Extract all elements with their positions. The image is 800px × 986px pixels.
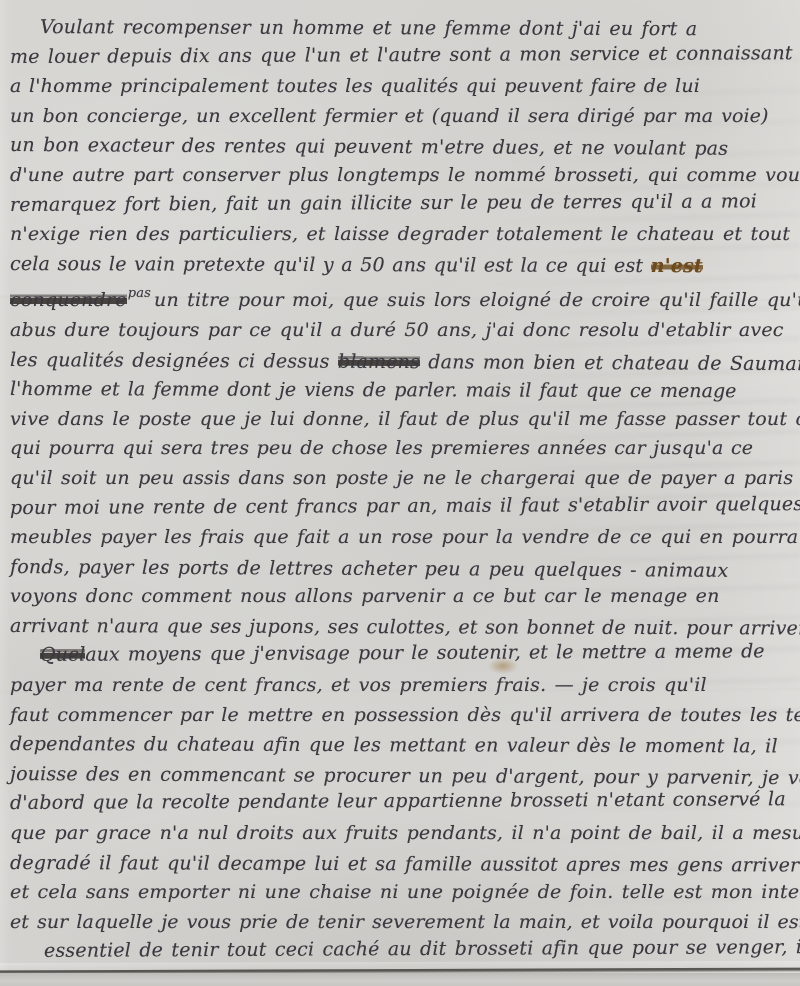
manuscript-line: dependantes du chateau afin que les mett… bbox=[10, 730, 788, 762]
handwritten-text: un bon concierge, un excellent fermier e… bbox=[10, 105, 768, 127]
correction-struck-word: n'est bbox=[651, 252, 703, 282]
handwritten-text: a l'homme principalement toutes les qual… bbox=[10, 75, 700, 97]
manuscript-line: fonds, payer les ports de lettres achete… bbox=[10, 553, 788, 587]
handwritten-text: arrivant n'aura que ses jupons, ses culo… bbox=[10, 615, 800, 640]
manuscript-line: me louer depuis dix ans que l'un et l'au… bbox=[10, 39, 788, 72]
handwritten-text: essentiel de tenir tout ceci caché au di… bbox=[44, 937, 800, 963]
handwritten-text: vive dans le poste que je lui donne, il … bbox=[10, 408, 800, 430]
scanner-background bbox=[0, 973, 800, 986]
manuscript-line: Quelaux moyens que j'envisage pour le so… bbox=[10, 638, 788, 671]
handwritten-text: cela sous le vain pretexte qu'il y a 50 … bbox=[10, 253, 651, 277]
inserted-word: pas bbox=[128, 286, 151, 301]
handwritten-text: qui pourra qui sera tres peu de chose le… bbox=[10, 437, 753, 459]
handwritten-text: les qualités designées ci dessus bbox=[10, 349, 338, 373]
manuscript-line: vive dans le poste que je lui donne, il … bbox=[10, 405, 788, 435]
handwritten-text: et cela sans emporter ni une chaise ni u… bbox=[10, 881, 800, 903]
handwritten-text: remarquez fort bien, fait un gain illici… bbox=[10, 190, 757, 216]
handwritten-text: abus dure toujours par ce qu'il a duré 5… bbox=[10, 319, 784, 341]
handwritten-text: me louer depuis dix ans que l'un et l'au… bbox=[10, 42, 793, 68]
manuscript-line: meubles payer les frais que fait a un ro… bbox=[10, 523, 788, 553]
handwritten-text: dependantes du chateau afin que les mett… bbox=[10, 733, 778, 757]
handwritten-text: meubles payer les frais que fait a un ro… bbox=[10, 526, 800, 548]
handwritten-text: que par grace n'a nul droits aux fruits … bbox=[10, 822, 800, 844]
struck-out-word: blamens bbox=[338, 347, 420, 377]
handwritten-text: degradé il faut qu'il decampe lui et sa … bbox=[10, 852, 800, 877]
handwritten-text: un titre pour moi, que suis lors eloigné… bbox=[154, 289, 800, 311]
handwritten-text: payer ma rente de cent francs, et vos pr… bbox=[10, 674, 707, 696]
struck-out-word: conquendre bbox=[10, 286, 127, 316]
paper-sheet: Voulant recompenser un homme et une femm… bbox=[0, 0, 800, 973]
struck-out-word: Quel bbox=[40, 641, 85, 671]
handwritten-text: fonds, payer les ports de lettres achete… bbox=[10, 556, 729, 582]
manuscript-lines: Voulant recompenser un homme et une femm… bbox=[10, 13, 788, 967]
manuscript-line: a l'homme principalement toutes les qual… bbox=[10, 72, 788, 102]
manuscript-line: n'exige rien des particuliers, et laisse… bbox=[10, 220, 788, 250]
manuscript-line: d'une autre part conserver plus longtemp… bbox=[10, 161, 788, 191]
manuscript-line: degradé il faut qu'il decampe lui et sa … bbox=[10, 849, 788, 881]
handwritten-text: n'exige rien des particuliers, et laisse… bbox=[10, 223, 790, 245]
manuscript-line: que par grace n'a nul droits aux fruits … bbox=[10, 819, 788, 849]
handwritten-text: l'homme et la femme dont je viens de par… bbox=[10, 378, 737, 402]
handwritten-text: d'abord que la recolte pendante leur app… bbox=[10, 789, 786, 815]
manuscript-line: les qualités designées ci dessus blamens… bbox=[10, 346, 788, 380]
manuscript-line: abus dure toujours par ce qu'il a duré 5… bbox=[10, 316, 788, 346]
manuscript-line: faut commencer par le mettre en possessi… bbox=[10, 701, 788, 731]
manuscript-line: voyons donc comment nous allons parvenir… bbox=[10, 582, 788, 612]
scanned-letter-page: Voulant recompenser un homme et une femm… bbox=[0, 0, 800, 986]
handwritten-text: pour moi une rente de cent francs par an… bbox=[10, 493, 800, 519]
manuscript-line: un bon concierge, un excellent fermier e… bbox=[10, 102, 788, 132]
manuscript-line: un bon exacteur des rentes qui peuvent m… bbox=[10, 131, 788, 165]
manuscript-line: payer ma rente de cent francs, et vos pr… bbox=[10, 671, 788, 701]
manuscript-line: qu'il soit un peu assis dans son poste j… bbox=[10, 464, 788, 494]
handwritten-text: aux moyens que j'envisage pour le souten… bbox=[85, 641, 764, 666]
handwritten-text: dans mon bien et chateau de Saumane bbox=[420, 351, 800, 375]
handwritten-text: d'une autre part conserver plus longtemp… bbox=[10, 164, 800, 186]
handwritten-text: voyons donc comment nous allons parvenir… bbox=[10, 585, 720, 607]
manuscript-line: conquendrepasun titre pour moi, que suis… bbox=[10, 279, 788, 316]
handwritten-text: qu'il soit un peu assis dans son poste j… bbox=[10, 467, 793, 489]
manuscript-line: et cela sans emporter ni une chaise ni u… bbox=[10, 878, 788, 908]
handwritten-text: Voulant recompenser un homme et une femm… bbox=[40, 16, 697, 40]
manuscript-line: d'abord que la recolte pendante leur app… bbox=[10, 786, 788, 819]
handwritten-text: faut commencer par le mettre en possessi… bbox=[10, 704, 800, 726]
handwritten-text: et sur laquelle je vous prie de tenir se… bbox=[10, 911, 800, 933]
manuscript-line: pour moi une rente de cent francs par an… bbox=[10, 490, 788, 523]
manuscript-line: cela sous le vain pretexte qu'il y a 50 … bbox=[10, 250, 788, 282]
handwritten-text: un bon exacteur des rentes qui peuvent m… bbox=[10, 134, 728, 160]
manuscript-line: l'homme et la femme dont je viens de par… bbox=[10, 375, 788, 407]
manuscript-line: qui pourra qui sera tres peu de chose le… bbox=[10, 434, 788, 464]
manuscript-line: remarquez fort bien, fait un gain illici… bbox=[10, 187, 788, 220]
